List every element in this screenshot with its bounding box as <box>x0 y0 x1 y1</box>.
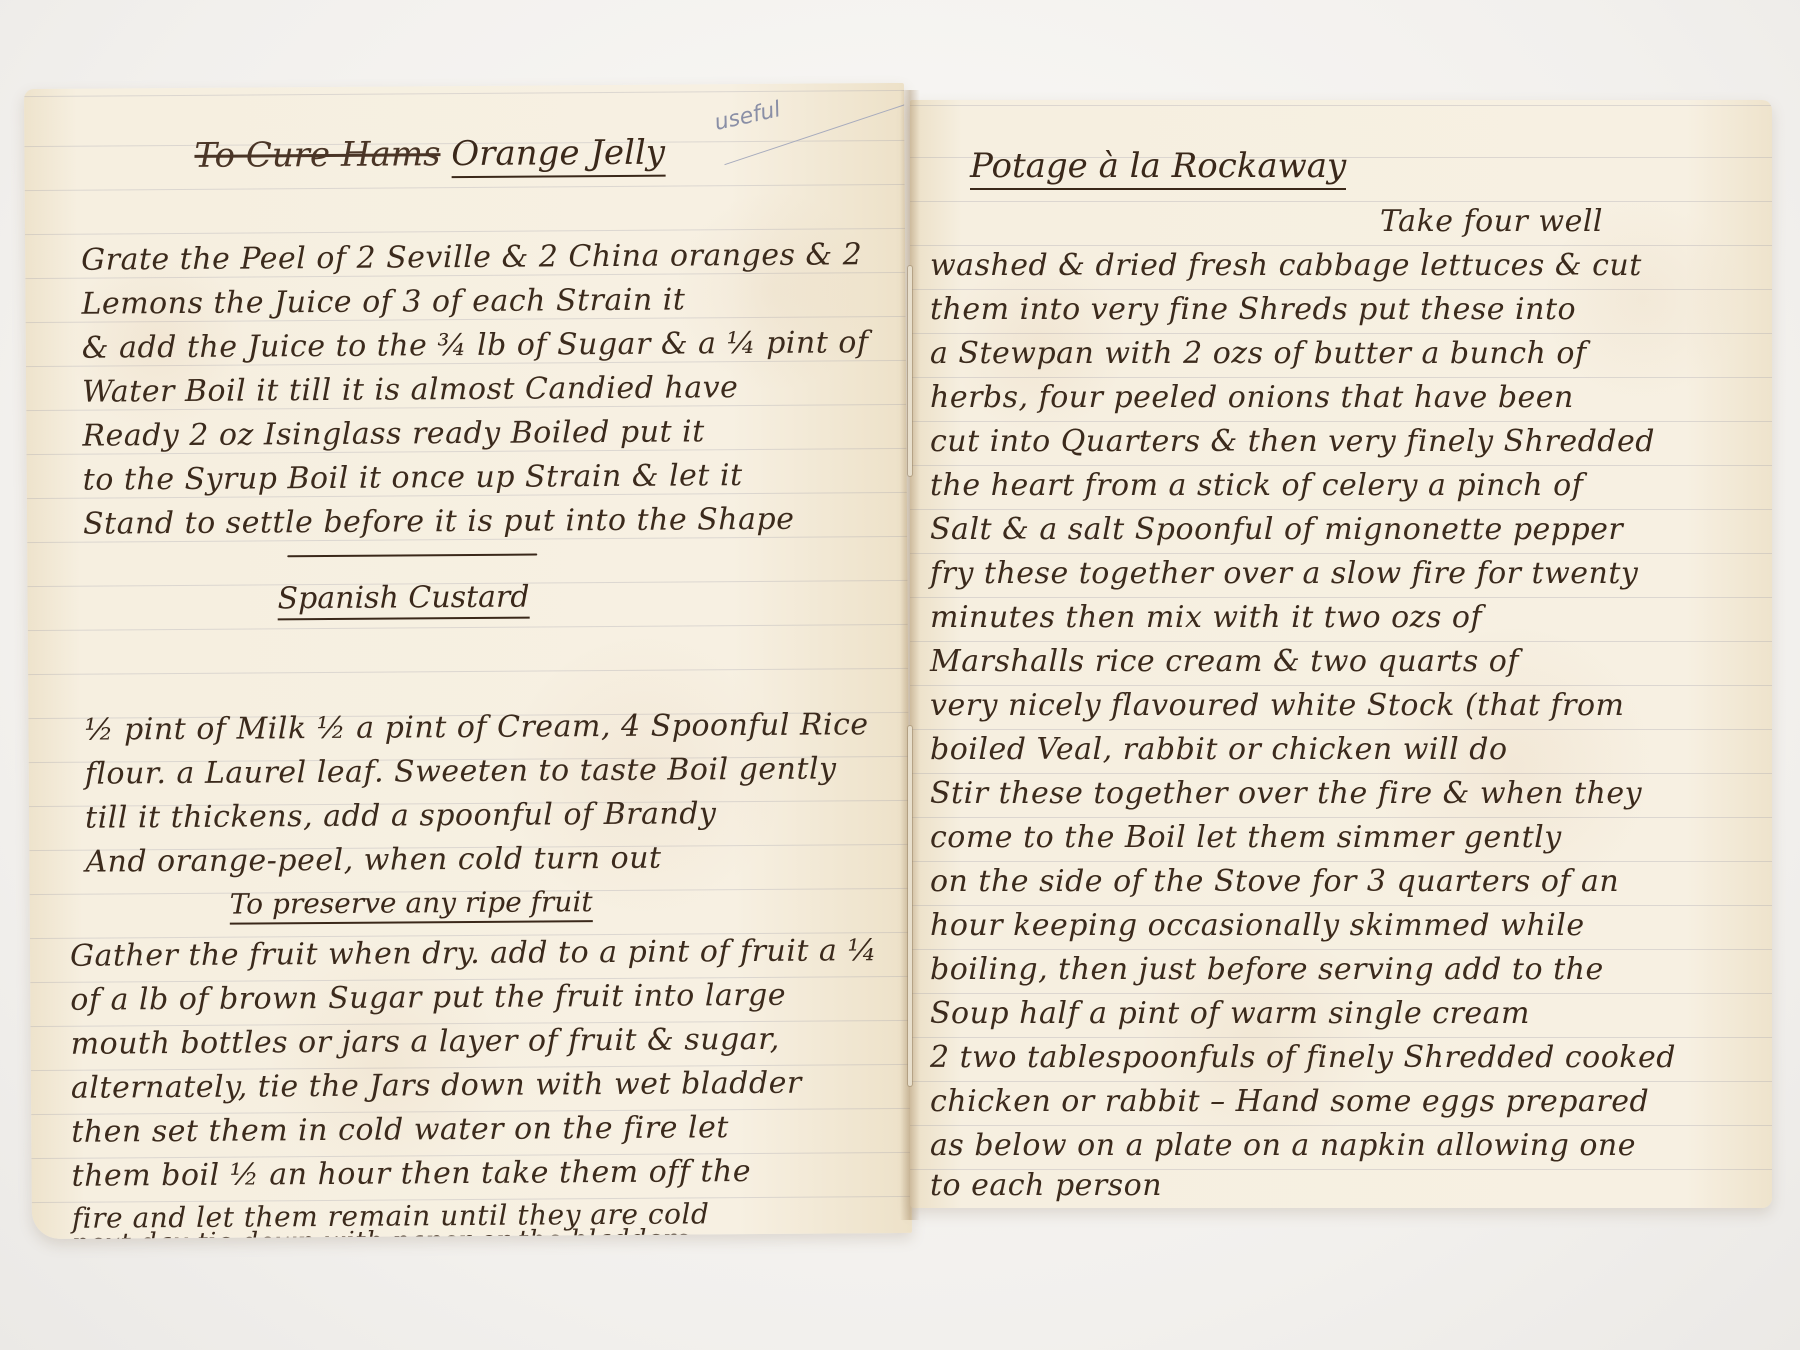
spanish-custard-title: Spanish Custard <box>277 580 529 617</box>
recipe-heading: Orange Jelly <box>451 133 665 178</box>
potage-line: washed & dried fresh cabbage lettuces & … <box>930 244 1642 288</box>
orange-jelly-line: Ready 2 oz Isinglass ready Boiled put it <box>82 410 705 458</box>
preserve-fruit-line: alternately, tie the Jars down with wet … <box>71 1062 802 1111</box>
binding-thread <box>908 726 912 1086</box>
potage-line: to each person <box>930 1164 1162 1208</box>
potage-line: as below on a plate on a napkin allowing… <box>930 1124 1636 1168</box>
spanish-custard-line: till it thickens, add a spoonful of Bran… <box>85 792 717 840</box>
right-page-content: Potage à la Rockaway Take four well wash… <box>910 100 1772 1208</box>
orange-jelly-line: Lemons the Juice of 3 of each Strain it <box>81 278 685 326</box>
spanish-custard-line: And orange-peel, when cold turn out <box>85 837 661 885</box>
potage-line: come to the Boil let them simmer gently <box>930 816 1562 860</box>
potage-line: Stir these together over the fire & when… <box>930 772 1642 816</box>
preserve-fruit-line: them boil ½ an hour then take them off t… <box>71 1150 751 1199</box>
photo-scene: To Cure Hams Orange Jelly useful Grate t… <box>0 0 1800 1350</box>
potage-line: Soup half a pint of warm single cream <box>930 992 1530 1036</box>
pencil-annotation: useful <box>712 97 783 136</box>
potage-line: very nicely flavoured white Stock (that … <box>930 684 1624 728</box>
open-manuscript-book: To Cure Hams Orange Jelly useful Grate t… <box>28 86 1790 1251</box>
potage-line: Marshalls rice cream & two quarts of <box>930 640 1519 684</box>
orange-jelly-line: to the Syrup Boil it once up Strain & le… <box>83 454 743 503</box>
potage-line: them into very fine Shreds put these int… <box>930 288 1576 332</box>
potage-line: hour keeping occasionally skimmed while <box>930 904 1585 948</box>
orange-jelly-line: Water Boil it till it is almost Candied … <box>82 366 739 415</box>
spanish-custard-line: ½ pint of Milk ½ a pint of Cream, 4 Spoo… <box>84 703 868 752</box>
preserve-fruit-line: then set them in cold water on the fire … <box>71 1106 729 1155</box>
potage-line: Take four well <box>1380 200 1603 244</box>
potage-line: minutes then mix with it two ozs of <box>930 596 1482 640</box>
potage-line: herbs, four peeled onions that have been <box>930 376 1574 420</box>
preserve-fruit-line: Gather the fruit when dry. add to a pint… <box>70 929 877 979</box>
potage-line: the heart from a stick of celery a pinch… <box>930 464 1583 508</box>
struck-heading: To Cure Hams <box>194 134 440 176</box>
potage-line: chicken or rabbit – Hand some eggs prepa… <box>930 1080 1649 1124</box>
potage-title: Potage à la Rockaway <box>970 146 1346 186</box>
recipe-heading: Spanish Custard <box>277 580 529 621</box>
potage-line: on the side of the Stove for 3 quarters … <box>930 860 1619 904</box>
potage-line: cut into Quarters & then very finely Shr… <box>930 420 1655 464</box>
preserve-fruit-line: mouth bottles or jars a layer of fruit &… <box>71 1018 780 1067</box>
spanish-custard-line: flour. a Laurel leaf. Sweeten to taste B… <box>85 747 837 796</box>
potage-line: boiling, then just before serving add to… <box>930 948 1604 992</box>
potage-line: a Stewpan with 2 ozs of butter a bunch o… <box>930 332 1587 376</box>
binding-thread <box>908 266 912 476</box>
left-page-content: To Cure Hams Orange Jelly useful Grate t… <box>24 83 912 1239</box>
recipe-heading: Potage à la Rockaway <box>970 146 1346 190</box>
potage-line: 2 two tablespoonfuls of finely Shredded … <box>930 1036 1676 1080</box>
section-divider <box>287 554 537 558</box>
preserve-fruit-line: of a lb of brown Sugar put the fruit int… <box>70 974 786 1023</box>
orange-jelly-line: Stand to settle before it is put into th… <box>83 498 795 547</box>
recipe-heading: To preserve any ripe fruit <box>230 885 593 925</box>
orange-jelly-title: To Cure Hams Orange Jelly <box>194 133 665 176</box>
left-page: To Cure Hams Orange Jelly useful Grate t… <box>24 83 912 1239</box>
potage-line: boiled Veal, rabbit or chicken will do <box>930 728 1508 772</box>
potage-line: Salt & a salt Spoonful of mignonette pep… <box>930 508 1623 552</box>
potage-line: fry these together over a slow fire for … <box>930 552 1638 596</box>
orange-jelly-line: Grate the Peel of 2 Seville & 2 China or… <box>81 233 862 282</box>
right-page: Potage à la Rockaway Take four well wash… <box>910 100 1772 1208</box>
preserve-fruit-title: To preserve any ripe fruit <box>230 885 593 921</box>
orange-jelly-line: & add the Juice to the ¾ lb of Sugar & a… <box>82 321 869 370</box>
